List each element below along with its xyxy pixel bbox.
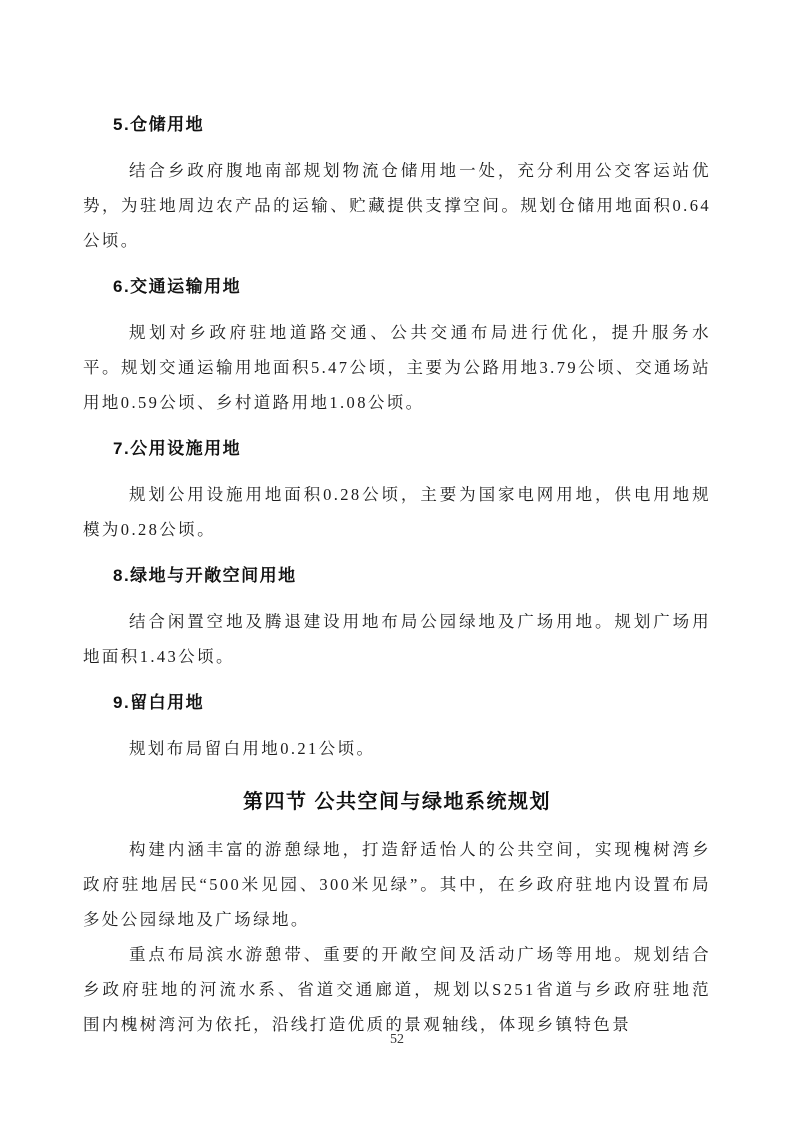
paragraph-recreation-greenspace: 构建内涵丰富的游憩绿地，打造舒适怡人的公共空间，实现槐树湾乡政府驻地居民“500… [83,832,711,937]
page-number: 52 [0,1032,794,1048]
heading-green-open-space-land: 8.绿地与开敞空间用地 [113,558,711,593]
heading-warehouse-land: 5.仓储用地 [113,107,711,142]
paragraph-reserved-land: 规划布局留白用地0.21公顷。 [83,731,711,766]
paragraph-utility-land: 规划公用设施用地面积0.28公顷，主要为国家电网用地，供电用地规模为0.28公顷… [83,477,711,547]
paragraph-transport-land: 规划对乡政府驻地道路交通、公共交通布局进行优化，提升服务水平。规划交通运输用地面… [83,315,711,420]
paragraph-green-open-space-land: 结合闲置空地及腾退建设用地布局公园绿地及广场用地。规划广场用地面积1.43公顷。 [83,604,711,674]
heading-utility-land: 7.公用设施用地 [113,431,711,466]
section-title-public-space-green-system: 第四节 公共空间与绿地系统规划 [83,782,711,822]
paragraph-warehouse-land: 结合乡政府腹地南部规划物流仓储用地一处，充分利用公交客运站优势，为驻地周边农产品… [83,153,711,258]
document-page: 5.仓储用地 结合乡政府腹地南部规划物流仓储用地一处，充分利用公交客运站优势，为… [0,0,794,1122]
document-content: 5.仓储用地 结合乡政府腹地南部规划物流仓储用地一处，充分利用公交客运站优势，为… [83,96,711,1042]
heading-transport-land: 6.交通运输用地 [113,269,711,304]
paragraph-waterfront-layout: 重点布局滨水游憩带、重要的开敞空间及活动广场等用地。规划结合乡政府驻地的河流水系… [83,937,711,1042]
heading-reserved-land: 9.留白用地 [113,685,711,720]
